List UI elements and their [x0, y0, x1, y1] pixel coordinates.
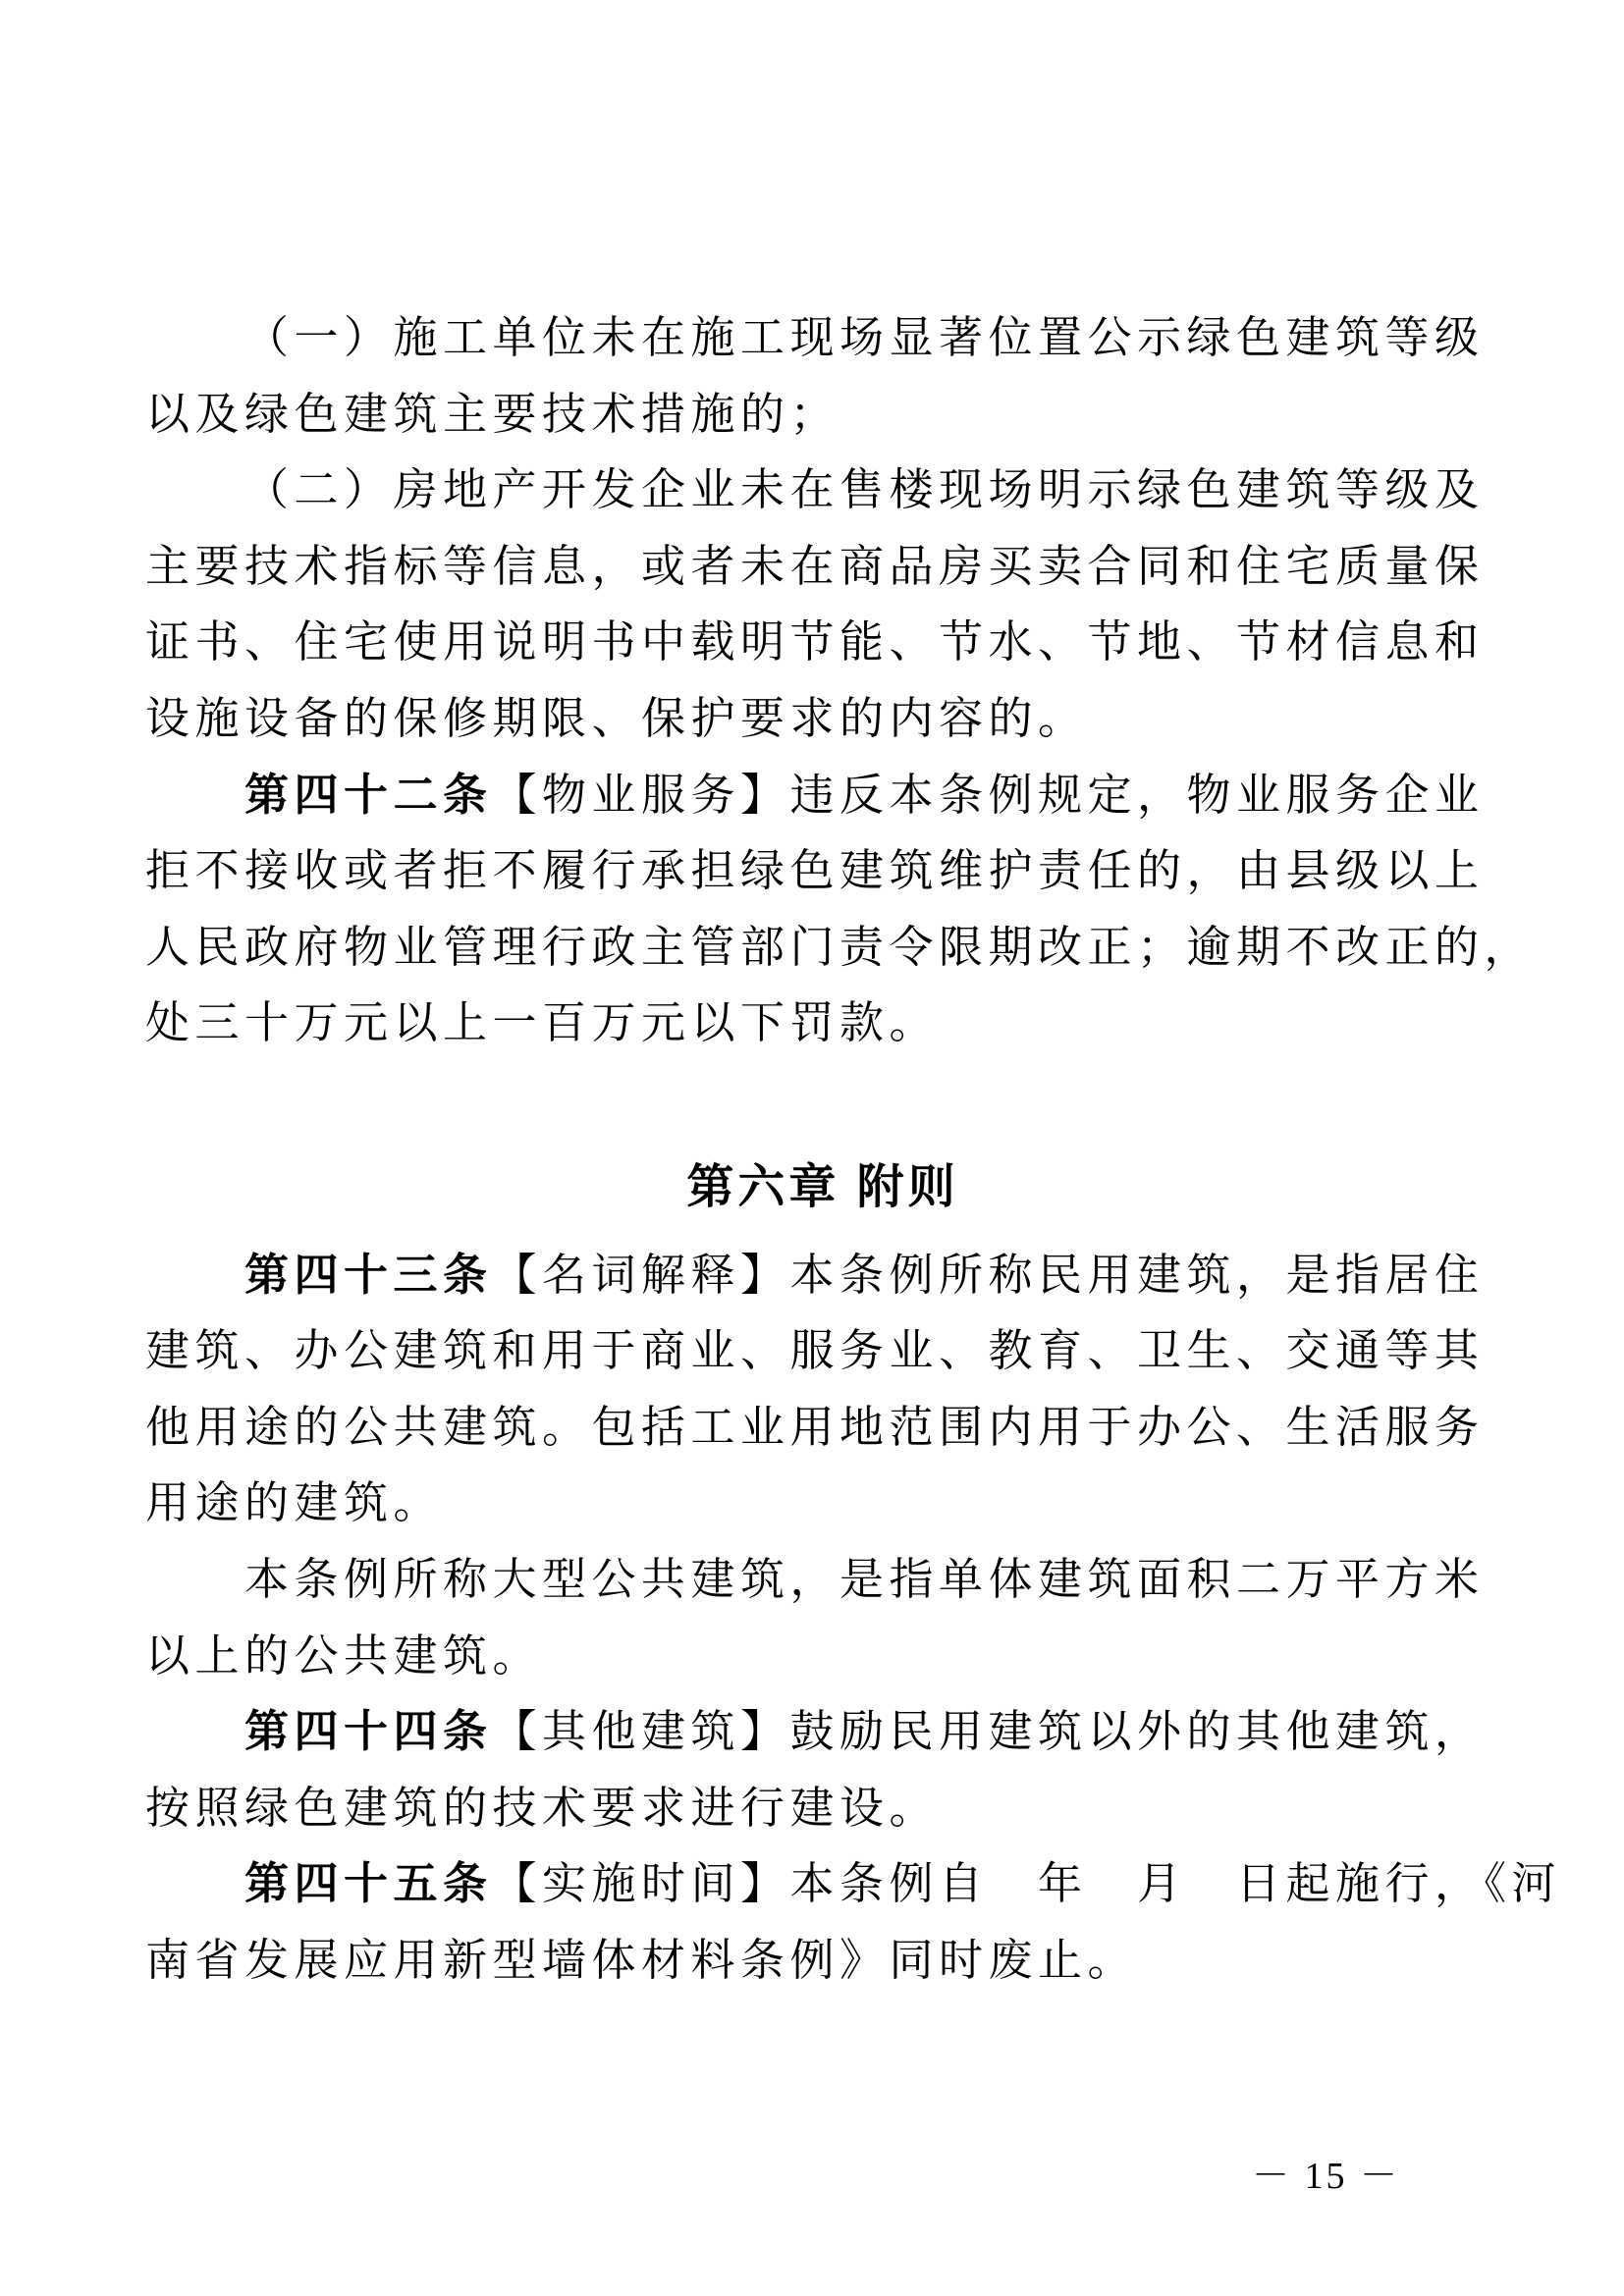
document-page: （一）施工单位未在施工现场显著位置公示绿色建筑等级以及绿色建筑主要技术措施的；（… [0, 0, 1624, 2296]
text-line: 第四十三条【名词解释】本条例所称民用建筑，是指居住 [145, 1238, 1500, 1314]
text-line: 以上的公共建筑。 [145, 1619, 1500, 1695]
text-line: 拒不接收或者拒不履行承担绿色建筑维护责任的，由县级以上 [145, 833, 1500, 910]
line-text: 本条例所称大型公共建筑，是指单体建筑面积二万平方米 [244, 1555, 1485, 1604]
line-text: 建筑、办公建筑和用于商业、服务业、教育、卫生、交通等其 [145, 1326, 1485, 1375]
line-text: 主要技术指标等信息，或者未在商品房买卖合同和住宅质量保 [145, 542, 1485, 591]
text-line: 按照绿色建筑的技术要求进行建设。 [145, 1771, 1500, 1847]
line-text: 以上的公共建筑。 [145, 1631, 542, 1681]
text-line: 以及绿色建筑主要技术措施的； [145, 377, 1500, 454]
article-number: 第四十四条 [244, 1707, 493, 1756]
line-text: 设施设备的保修期限、保护要求的内容的。 [145, 694, 1088, 743]
text-line: 第四十二条【物业服务】违反本条例规定，物业服务企业 [145, 758, 1500, 834]
line-text: 拒不接收或者拒不履行承担绿色建筑维护责任的，由县级以上 [145, 846, 1485, 895]
article-number: 第四十五条 [244, 1859, 493, 1908]
text-line: 建筑、办公建筑和用于商业、服务业、教育、卫生、交通等其 [145, 1313, 1500, 1390]
text-line: 设施设备的保修期限、保护要求的内容的。 [145, 681, 1500, 758]
line-text: 人民政府物业管理行政主管部门责令限期改正；逾期不改正的， [145, 923, 1534, 972]
text-line: 南省发展应用新型墙体材料条例》同时废止。 [145, 1923, 1500, 2000]
text-line: 本条例所称大型公共建筑，是指单体建筑面积二万平方米 [145, 1542, 1500, 1619]
text-line: 用途的建筑。 [145, 1466, 1500, 1542]
line-text: 用途的建筑。 [145, 1478, 443, 1527]
text-line: 第四十四条【其他建筑】鼓励民用建筑以外的其他建筑， [145, 1694, 1500, 1771]
text-line: 人民政府物业管理行政主管部门责令限期改正；逾期不改正的， [145, 910, 1500, 987]
text-line: 第四十五条【实施时间】本条例自 年 月 日起施行，《河 [145, 1846, 1500, 1923]
page-number: － 15 － [1252, 2145, 1400, 2199]
line-text: 【名词解释】本条例所称民用建筑，是指居住 [493, 1251, 1485, 1300]
text-line: 他用途的公共建筑。包括工业用地范围内用于办公、生活服务 [145, 1390, 1500, 1467]
article-number: 第四十二条 [244, 771, 493, 820]
text-line: 处三十万元以上一百万元以下罚款。 [145, 986, 1500, 1062]
line-text: 以及绿色建筑主要技术措施的； [145, 390, 839, 439]
text-line: （一）施工单位未在施工现场显著位置公示绿色建筑等级 [145, 300, 1500, 377]
line-text: 他用途的公共建筑。包括工业用地范围内用于办公、生活服务 [145, 1403, 1485, 1452]
line-text: 【实施时间】本条例自 年 月 日起施行，《河 [493, 1859, 1562, 1908]
text-line: 证书、住宅使用说明书中载明节能、节水、节地、节材信息和 [145, 605, 1500, 681]
line-text: （二）房地产开发企业未在售楼现场明示绿色建筑等级及 [244, 465, 1485, 514]
article-number: 第四十三条 [244, 1251, 493, 1300]
line-text: 【其他建筑】鼓励民用建筑以外的其他建筑， [493, 1707, 1485, 1756]
document-body: （一）施工单位未在施工现场显著位置公示绿色建筑等级以及绿色建筑主要技术措施的；（… [145, 300, 1500, 1999]
line-text: 证书、住宅使用说明书中载明节能、节水、节地、节材信息和 [145, 617, 1485, 667]
text-line: （二）房地产开发企业未在售楼现场明示绿色建筑等级及 [145, 453, 1500, 529]
chapter-heading: 第六章 附则 [145, 1149, 1500, 1226]
line-text: 处三十万元以上一百万元以下罚款。 [145, 998, 939, 1047]
line-text: 按照绿色建筑的技术要求进行建设。 [145, 1784, 939, 1833]
line-text: 南省发展应用新型墙体材料条例》同时废止。 [145, 1936, 1137, 1985]
line-text: （一）施工单位未在施工现场显著位置公示绿色建筑等级 [244, 313, 1485, 362]
line-text: 【物业服务】违反本条例规定，物业服务企业 [493, 771, 1485, 820]
text-line: 主要技术指标等信息，或者未在商品房买卖合同和住宅质量保 [145, 529, 1500, 606]
